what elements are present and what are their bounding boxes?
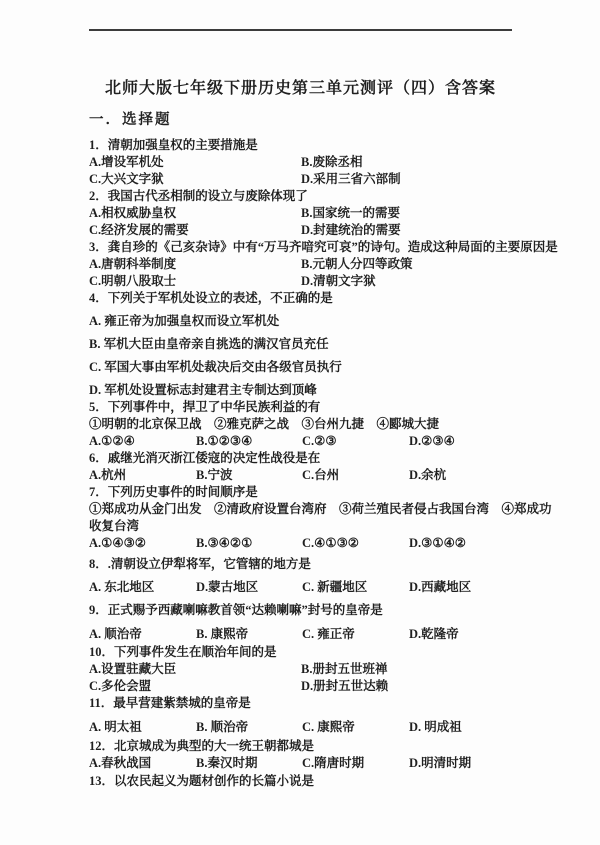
question-12: 12．北京城成为典型的大一统王朝都城是A.春秋战国B.秦汉时期C.隋唐时期D.明… — [89, 738, 512, 772]
option: B.元朝人分四等政策 — [301, 256, 512, 273]
option: A. 顺治帝 — [89, 626, 196, 643]
option: A. 明太祖 — [89, 719, 196, 736]
option: B.废除丞相 — [301, 154, 512, 171]
option: C.大兴文字狱 — [89, 171, 301, 188]
question-stem: 3．龚自珍的《己亥杂诗》中有“万马齐喑究可哀”的诗句。造成这种局面的主要原因是 — [89, 239, 512, 256]
section-heading: 一．选择题 — [89, 111, 512, 130]
option: D.乾隆帝 — [409, 626, 512, 643]
option: C.台州 — [302, 467, 409, 484]
option: D.明清时期 — [409, 755, 512, 772]
question-list: 1．清朝加强皇权的主要措施是A.增设军机处B.废除丞相C.大兴文字狱D.采用三省… — [89, 137, 512, 790]
option: D.蒙古地区 — [196, 579, 302, 596]
option: B. 顺治帝 — [196, 719, 302, 736]
option: D. 军机处设置标志封建君主专制达到顶峰 — [89, 382, 512, 399]
options-row: D. 军机处设置标志封建君主专制达到顶峰 — [89, 382, 512, 399]
option: D.册封五世达赖 — [301, 678, 512, 695]
option: C. 康熙帝 — [302, 719, 409, 736]
question-10: 10．下列事件发生在顺治年间的是A.设置驻藏大臣B.册封五世班禅C.多伦会盟D.… — [89, 644, 512, 695]
question-9: 9．正式赐予西藏喇嘛教首领“达赖喇嘛”封号的皇帝是A. 顺治帝B. 康熙帝C. … — [89, 602, 512, 643]
option: D.采用三省六部制 — [301, 171, 512, 188]
option: B. 军机大臣由皇帝亲自挑选的满汉官员充任 — [89, 336, 512, 353]
question-stem: 8．.清朝设立伊犁将军，它管辖的地方是 — [89, 556, 512, 573]
option: B.秦汉时期 — [196, 755, 302, 772]
question-stem: 7．下列历史事件的时间顺序是 — [89, 484, 512, 501]
option: D.清朝文字狱 — [301, 273, 512, 290]
option: D.余杭 — [409, 467, 512, 484]
document-page: 北师大版七年级下册历史第三单元测评（四）含答案 一．选择题 1．清朝加强皇权的主… — [0, 0, 600, 845]
option: C.明朝八股取士 — [89, 273, 301, 290]
question-3: 3．龚自珍的《己亥杂诗》中有“万马齐喑究可哀”的诗句。造成这种局面的主要原因是A… — [89, 239, 512, 290]
list-items-text: ①郑成功从金门出发 ②清政府设置台湾府 ③荷兰殖民者侵占我国台湾 ④郑成功 — [89, 501, 552, 518]
question-stem: 6．戚继光消灭浙江倭寇的决定性战役是在 — [89, 450, 512, 467]
question-stem: 10．下列事件发生在顺治年间的是 — [89, 644, 512, 661]
option: A.相权威胁皇权 — [89, 205, 301, 222]
header-rule — [89, 29, 512, 31]
options-row: A.相权威胁皇权B.国家统一的需要 — [89, 205, 512, 222]
option: A. 东北地区 — [89, 579, 196, 596]
options-row: C.经济发展的需要D.封建统治的需要 — [89, 222, 512, 239]
question-stem: 9．正式赐予西藏喇嘛教首领“达赖喇嘛”封号的皇帝是 — [89, 602, 512, 619]
options-row: A. 东北地区D.蒙古地区C. 新疆地区D.西藏地区 — [89, 579, 512, 596]
option: C. 新疆地区 — [302, 579, 409, 596]
option: D. 明成祖 — [409, 719, 512, 736]
option: A. 雍正帝为加强皇权而设立军机处 — [89, 313, 512, 330]
option: A.杭州 — [89, 467, 196, 484]
question-2: 2．我国古代丞相制的设立与废除体现了A.相权威胁皇权B.国家统一的需要C.经济发… — [89, 188, 512, 239]
question-1: 1．清朝加强皇权的主要措施是A.增设军机处B.废除丞相C.大兴文字狱D.采用三省… — [89, 137, 512, 188]
option-items-row: ①明朝的北京保卫战 ②雅克萨之战 ③台州九捷 ④郾城大捷 — [89, 416, 512, 433]
option: B.③④②① — [196, 535, 302, 552]
question-stem: 11．最早营建紫禁城的皇帝是 — [89, 695, 512, 712]
option: D.②③④ — [409, 433, 512, 450]
question-5: 5．下列事件中，捍卫了中华民族利益的有①明朝的北京保卫战 ②雅克萨之战 ③台州九… — [89, 399, 512, 450]
options-row: A.①④③②B.③④②①C.④①③②D.③①④② — [89, 535, 512, 552]
list-items-text: ①明朝的北京保卫战 ②雅克萨之战 ③台州九捷 ④郾城大捷 — [89, 416, 512, 433]
options-row: C. 军国大事由军机处裁决后交由各级官员执行 — [89, 359, 512, 376]
option: C. 雍正帝 — [302, 626, 409, 643]
question-stem: 2．我国古代丞相制的设立与废除体现了 — [89, 188, 512, 205]
option: A.唐朝科举制度 — [89, 256, 301, 273]
options-row: A. 明太祖B. 顺治帝C. 康熙帝D. 明成祖 — [89, 719, 512, 736]
options-row: A.唐朝科举制度B.元朝人分四等政策 — [89, 256, 512, 273]
options-row: A. 雍正帝为加强皇权而设立军机处 — [89, 313, 512, 330]
option: A.①④③② — [89, 535, 196, 552]
option: B.①②③④ — [196, 433, 302, 450]
list-items-text: 收复台湾 — [89, 518, 512, 535]
question-stem: 12．北京城成为典型的大一统王朝都城是 — [89, 738, 512, 755]
question-13: 13．以农民起义为题材创作的长篇小说是 — [89, 773, 512, 790]
question-stem: 1．清朝加强皇权的主要措施是 — [89, 137, 512, 154]
options-row: C.多伦会盟D.册封五世达赖 — [89, 678, 512, 695]
option: C.④①③② — [302, 535, 409, 552]
question-6: 6．戚继光消灭浙江倭寇的决定性战役是在A.杭州B.宁波C.台州D.余杭 — [89, 450, 512, 484]
question-stem: 4．下列关于军机处设立的表述，不正确的是 — [89, 290, 512, 307]
question-7: 7．下列历史事件的时间顺序是①郑成功从金门出发 ②清政府设置台湾府 ③荷兰殖民者… — [89, 484, 512, 552]
option: C.②③ — [302, 433, 409, 450]
question-4: 4．下列关于军机处设立的表述，不正确的是A. 雍正帝为加强皇权而设立军机处B. … — [89, 290, 512, 399]
option: D.封建统治的需要 — [301, 222, 512, 239]
option: B.宁波 — [196, 467, 302, 484]
option: C. 军国大事由军机处裁决后交由各级官员执行 — [89, 359, 512, 376]
option-items-row: ①郑成功从金门出发 ②清政府设置台湾府 ③荷兰殖民者侵占我国台湾 ④郑成功 — [89, 501, 512, 518]
option: B. 康熙帝 — [196, 626, 302, 643]
option: C.隋唐时期 — [302, 755, 409, 772]
option: B.册封五世班禅 — [301, 661, 512, 678]
options-row: B. 军机大臣由皇帝亲自挑选的满汉官员充任 — [89, 336, 512, 353]
option-items-row: 收复台湾 — [89, 518, 512, 535]
options-row: A.设置驻藏大臣B.册封五世班禅 — [89, 661, 512, 678]
option: C.多伦会盟 — [89, 678, 301, 695]
options-row: A.①②④B.①②③④C.②③D.②③④ — [89, 433, 512, 450]
options-row: C.大兴文字狱D.采用三省六部制 — [89, 171, 512, 188]
option: A.①②④ — [89, 433, 196, 450]
option: D.西藏地区 — [409, 579, 512, 596]
options-row: A. 顺治帝B. 康熙帝C. 雍正帝D.乾隆帝 — [89, 626, 512, 643]
options-row: A.杭州B.宁波C.台州D.余杭 — [89, 467, 512, 484]
options-row: A.春秋战国B.秦汉时期C.隋唐时期D.明清时期 — [89, 755, 512, 772]
option: A.春秋战国 — [89, 755, 196, 772]
options-row: C.明朝八股取士D.清朝文字狱 — [89, 273, 512, 290]
options-row: A.增设军机处B.废除丞相 — [89, 154, 512, 171]
option: A.设置驻藏大臣 — [89, 661, 301, 678]
question-11: 11．最早营建紫禁城的皇帝是A. 明太祖B. 顺治帝C. 康熙帝D. 明成祖 — [89, 695, 512, 736]
option: C.经济发展的需要 — [89, 222, 301, 239]
question-stem: 5．下列事件中，捍卫了中华民族利益的有 — [89, 399, 512, 416]
page-title: 北师大版七年级下册历史第三单元测评（四）含答案 — [89, 78, 512, 100]
option: A.增设军机处 — [89, 154, 301, 171]
question-stem: 13．以农民起义为题材创作的长篇小说是 — [89, 773, 512, 790]
question-8: 8．.清朝设立伊犁将军，它管辖的地方是A. 东北地区D.蒙古地区C. 新疆地区D… — [89, 556, 512, 596]
option: D.③①④② — [409, 535, 512, 552]
option: B.国家统一的需要 — [301, 205, 512, 222]
